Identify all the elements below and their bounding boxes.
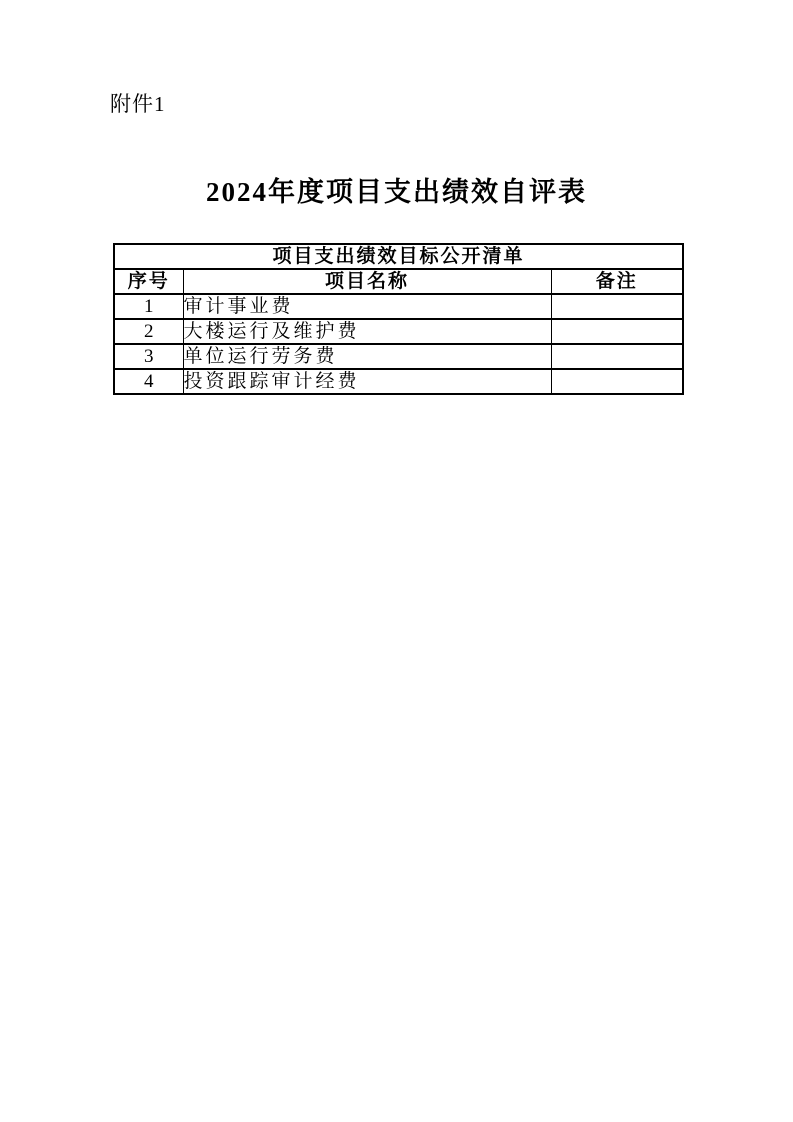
table-caption: 项目支出绩效目标公开清单 [114,244,683,269]
table-row: 2 大楼运行及维护费 [114,319,683,344]
row-serial-number: 3 [114,344,183,369]
row-project-name: 单位运行劳务费 [183,344,551,369]
row-serial-number: 1 [114,294,183,319]
row-serial-number: 2 [114,319,183,344]
performance-target-table: 项目支出绩效目标公开清单 序号 项目名称 备注 1 审计事业费 2 大楼运行及维… [113,243,684,395]
row-remarks [551,369,683,394]
row-serial-number: 4 [114,369,183,394]
row-remarks [551,319,683,344]
column-header-project-name: 项目名称 [183,269,551,294]
row-remarks [551,294,683,319]
column-header-serial-number: 序号 [114,269,183,294]
table-caption-row: 项目支出绩效目标公开清单 [114,244,683,269]
row-remarks [551,344,683,369]
page-title: 2024年度项目支出绩效自评表 [0,170,793,209]
document-page: 附件1 2024年度项目支出绩效自评表 项目支出绩效目标公开清单 序号 项目名称… [0,0,793,1122]
table-row: 3 单位运行劳务费 [114,344,683,369]
row-project-name: 审计事业费 [183,294,551,319]
table-row: 4 投资跟踪审计经费 [114,369,683,394]
row-project-name: 投资跟踪审计经费 [183,369,551,394]
attachment-label: 附件1 [110,88,166,118]
table-header-row: 序号 项目名称 备注 [114,269,683,294]
column-header-remarks: 备注 [551,269,683,294]
table-row: 1 审计事业费 [114,294,683,319]
row-project-name: 大楼运行及维护费 [183,319,551,344]
